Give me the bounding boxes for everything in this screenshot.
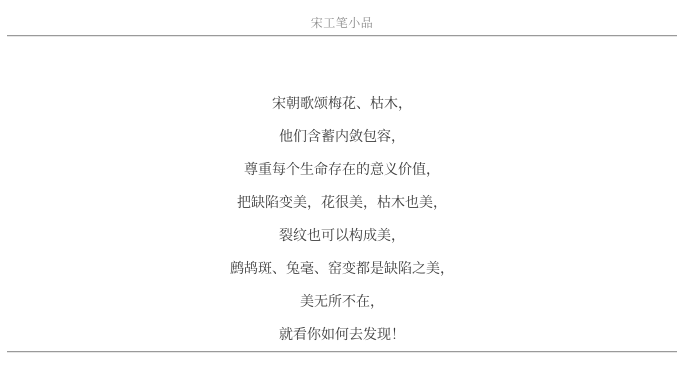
poem-body: 宋朝歌颂梅花、枯木， 他们含蓄内敛包容， 尊重每个生命存在的意义价值， 把缺陷变… (0, 95, 684, 359)
top-divider (7, 35, 677, 37)
section-title: 宋工笔小品 (0, 15, 684, 31)
bottom-divider (7, 351, 677, 353)
poem-line: 美无所不在， (0, 293, 684, 326)
poem-line: 把缺陷变美，花很美，枯木也美， (0, 194, 684, 227)
poem-line: 他们含蓄内敛包容， (0, 128, 684, 161)
poem-line: 鹧鸪斑、兔毫、窑变都是缺陷之美， (0, 260, 684, 293)
poem-line: 裂纹也可以构成美， (0, 227, 684, 260)
poem-line: 宋朝歌颂梅花、枯木， (0, 95, 684, 128)
poem-line: 就看你如何去发现！ (0, 326, 684, 359)
poem-line: 尊重每个生命存在的意义价值， (0, 161, 684, 194)
